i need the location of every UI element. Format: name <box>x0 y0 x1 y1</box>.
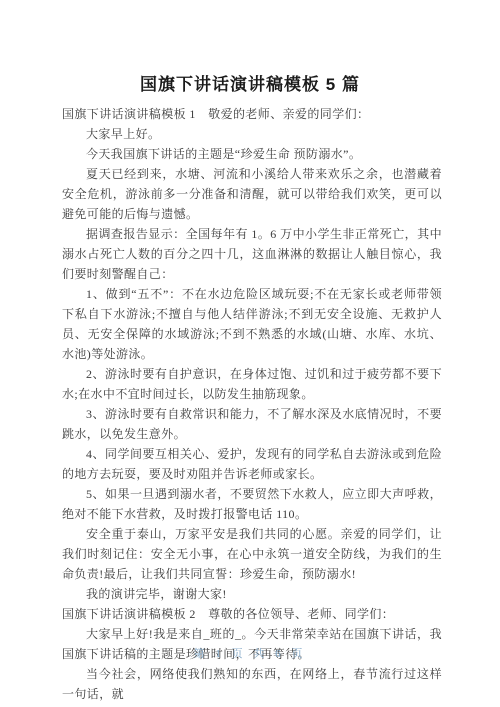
paragraph: 夏天已经到来，水塘、河流和小溪给人带来欢乐之余，也潜藏着安全危机，游泳前多一分准… <box>62 164 442 224</box>
paragraph: 据调查报告显示：全国每年有 1。6 万中小学生非正常死亡，其中溺水占死亡人数的百… <box>62 224 442 284</box>
paragraph: 安全重于泰山，万家平安是我们共同的心愿。亲爱的同学们，让我们时刻记住：安全无小事… <box>62 524 442 584</box>
paragraph: 1、做到“五不”：不在水边危险区域玩耍;不在无家长或老师带领下私自下水游泳;不擅… <box>62 284 442 364</box>
section-heading: 国旗下讲话演讲稿模板 1 敬爱的老师、亲爱的同学们： <box>62 104 442 124</box>
page-title: 国旗下讲话演讲稿模板 5 篇 <box>0 0 500 95</box>
section-heading: 国旗下讲话演讲稿模板 2 尊敬的各位领导、老师、同学们： <box>62 604 442 624</box>
page-number: 第 1 页 共 6 页 <box>0 645 500 661</box>
document-page: 国旗下讲话演讲稿模板 5 篇 国旗下讲话演讲稿模板 1 敬爱的老师、亲爱的同学们… <box>0 0 500 707</box>
paragraph: 大家早上好。 <box>62 124 442 144</box>
paragraph: 3、游泳时要有自救常识和能力，不了解水深及水底情况时，不要跳水，以免发生意外。 <box>62 404 442 444</box>
paragraph: 5、如果一旦遇到溺水者，不要贸然下水救人，应立即大声呼救，绝对不能下水营救，及时… <box>62 484 442 524</box>
paragraph: 2、游泳时要有自护意识，在身体过饱、过饥和过于疲劳都不要下水;在水中不宜时间过长… <box>62 364 442 404</box>
paragraph: 4、同学间要互相关心、爱护，发现有的同学私自去游泳或到危险的地方去玩耍，要及时劝… <box>62 444 442 484</box>
paragraph: 今天我国旗下讲话的主题是“珍爱生命 预防溺水”。 <box>62 144 442 164</box>
paragraph: 当今社会，网络使我们熟知的东西，在网络上，春节流行过这样一句话，就 <box>62 664 442 704</box>
paragraph: 我的演讲完毕，谢谢大家! <box>62 584 442 604</box>
document-body: 国旗下讲话演讲稿模板 1 敬爱的老师、亲爱的同学们：大家早上好。今天我国旗下讲话… <box>62 104 442 704</box>
